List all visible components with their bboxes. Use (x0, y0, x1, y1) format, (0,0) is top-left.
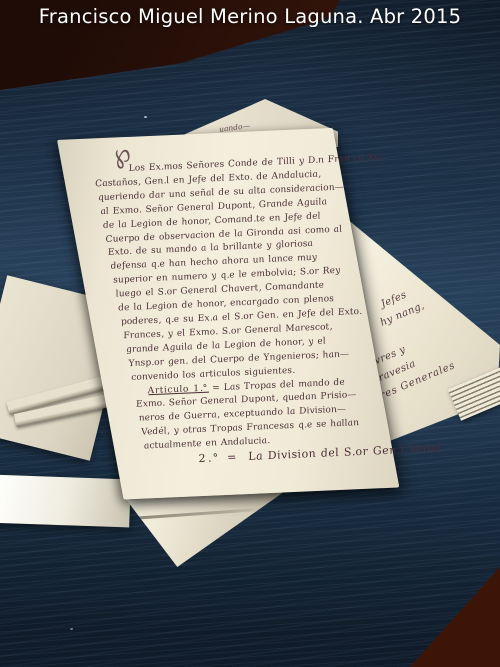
lint-speck (144, 116, 147, 118)
photo-stage: Francisco Miguel Merino Laguna. Abr 2015… (0, 0, 500, 667)
manuscript-upper-paragraph: Los Ex.mos Señores Conde de Tilli y D.n … (92, 154, 369, 385)
glossy-under-sheet (0, 475, 131, 528)
lint-speck (70, 628, 73, 630)
manuscript-article1-paragraph: Exmo. Señor General Dupont, quedan Prisi… (135, 389, 381, 455)
watermark-caption: Francisco Miguel Merino Laguna. Abr 2015 (0, 5, 500, 28)
article-2-number: 2.° = (197, 450, 239, 465)
article-1-heading: Articulo 1.° (147, 383, 209, 396)
